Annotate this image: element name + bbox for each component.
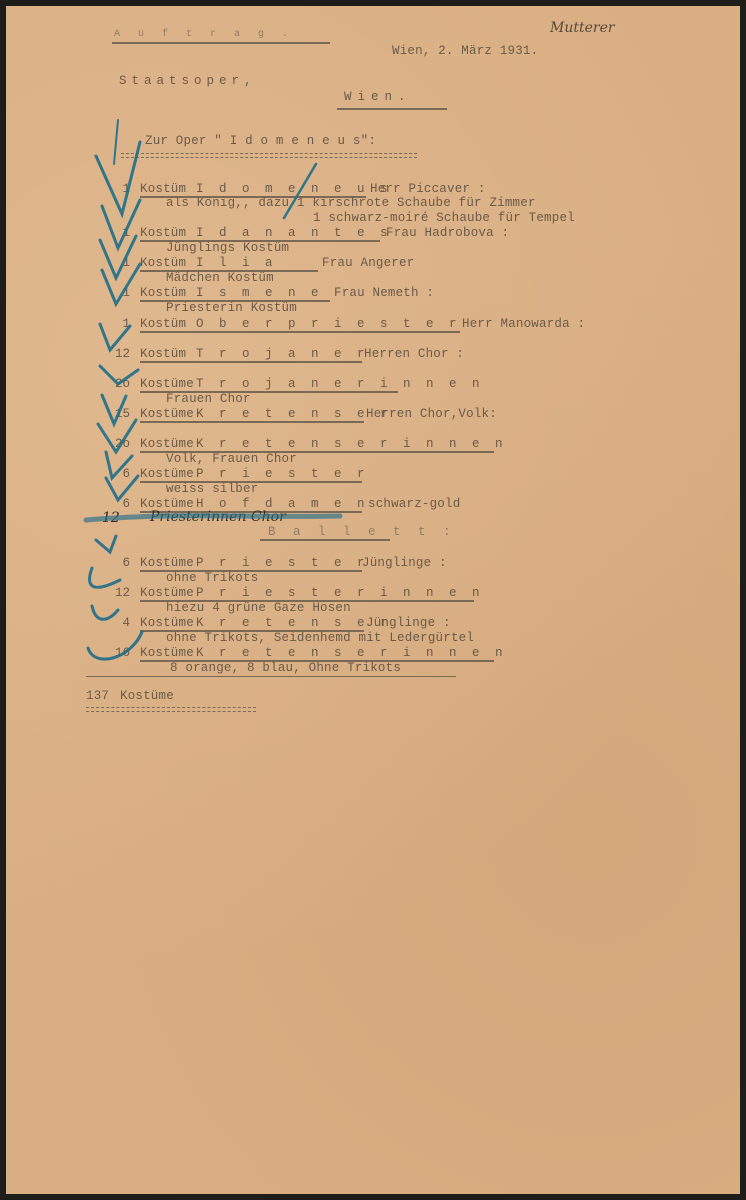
item-note: Mädchen Kostüm	[166, 271, 274, 285]
item-desc: Frau Angerer	[322, 256, 414, 270]
item-desc: Herr Piccaver :	[370, 182, 486, 196]
item-note: ohne Trikots, Seidenhemd mit Ledergürtel	[166, 631, 474, 645]
item-role: K r e t e n s e r	[196, 407, 392, 421]
qty: 6	[106, 556, 130, 570]
header-underline	[112, 42, 330, 44]
item-note: Priesterin Kostüm	[166, 301, 297, 315]
item-underline	[140, 421, 364, 423]
item-note: als König,, dazu 1 kirschrote Schaube fü…	[166, 196, 536, 210]
total-qty: 137	[86, 689, 109, 703]
item-note: ohne Trikots	[166, 571, 258, 585]
recipient-underline	[337, 108, 447, 110]
item-desc: Herr Manowarda :	[462, 317, 585, 331]
item-underline	[140, 361, 362, 363]
item-desc: Frau Nemeth :	[334, 286, 434, 300]
item-label: Kostüm	[140, 182, 186, 196]
item-role: P r i e s t e r	[196, 467, 369, 481]
recipient-line2: Wien.	[344, 90, 412, 104]
item-desc: schwarz-gold	[368, 497, 460, 511]
qty: 1	[106, 317, 130, 331]
qty: 12	[106, 586, 130, 600]
item-note: Frauen Chor	[166, 392, 251, 406]
item-role: I s m e n e	[196, 286, 323, 300]
item-role: I d a n a n t e s	[196, 226, 392, 240]
item-label: Kostüm	[140, 256, 186, 270]
qty: 2o	[106, 377, 130, 391]
item-label: Kostüm	[140, 286, 186, 300]
item-role: P r i e s t e r	[196, 556, 369, 570]
qty: 15	[106, 407, 130, 421]
item-label: Kostüm	[140, 317, 186, 331]
handwritten-insert: Priesterinnen Chor	[150, 509, 286, 525]
item-desc: Herren Chor :	[364, 347, 464, 361]
total-label: Kostüme	[120, 689, 174, 703]
qty: 2o	[106, 437, 130, 451]
qty: 6	[106, 467, 130, 481]
item-label: Kostüme	[140, 646, 194, 660]
item-label: Kostüm	[140, 347, 186, 361]
item-underline	[140, 331, 460, 333]
item-note: 8 orange, 8 blau, Ohne Trikots	[170, 661, 401, 675]
item-role: K r e t e n s e r i n n e n	[196, 646, 507, 660]
qty: 1	[106, 286, 130, 300]
item-desc: Herren Chor,Volk:	[366, 407, 497, 421]
qty: 1	[106, 256, 130, 270]
item-label: Kostüme	[140, 407, 194, 421]
item-label: Kostüme	[140, 437, 194, 451]
item-label: Kostüme	[140, 377, 194, 391]
subject-underline	[121, 153, 417, 158]
qty: 16	[106, 646, 130, 660]
item-label: Kostüme	[140, 467, 194, 481]
item-role: K r e t e n s e r	[196, 616, 392, 630]
document-page: A u f t r a g . Mutterer Wien, 2. März 1…	[6, 6, 740, 1194]
item-desc: Frau Hadrobova :	[386, 226, 509, 240]
item-label: Kostüme	[140, 556, 194, 570]
divider	[86, 676, 456, 677]
handwritten-qty: 12	[102, 510, 120, 526]
item-note: Jünglings Kostüm	[166, 241, 289, 255]
ballet-heading: B a l l e t t :	[268, 525, 456, 539]
item-role: P r i e s t e r i n n e n	[196, 586, 484, 600]
item-note: 1 schwarz-moiré Schaube für Tempel	[313, 211, 575, 225]
item-role: O b e r p r i e s t e r	[196, 317, 461, 331]
item-note: hiezu 4 grüne Gaze Hosen	[166, 601, 351, 615]
ballet-underline	[260, 539, 390, 541]
subject: Zur Oper " I d o m e n e u s":	[145, 134, 376, 148]
total-underline	[86, 707, 256, 712]
qty: 4	[106, 616, 130, 630]
item-role: I d o m e n e u s	[196, 182, 392, 196]
item-desc: Jünglinge :	[366, 616, 451, 630]
item-desc: Jünglinge :	[362, 556, 447, 570]
item-note: weiss silber	[166, 482, 258, 496]
recipient-line1: Staatsoper,	[119, 74, 257, 88]
date: Wien, 2. März 1931.	[392, 44, 538, 58]
qty: 1	[106, 226, 130, 240]
header-faded: A u f t r a g .	[114, 28, 294, 42]
qty: 6	[106, 497, 130, 511]
qty: 12	[106, 347, 130, 361]
item-role: I l i a	[196, 256, 277, 270]
item-label: Kostüm	[140, 226, 186, 240]
item-role: T r o j a n e r i n n e n	[196, 377, 484, 391]
item-label: Kostüme	[140, 586, 194, 600]
signature: Mutterer	[550, 20, 615, 36]
item-note: Volk, Frauen Chor	[166, 452, 297, 466]
item-label: Kostüme	[140, 616, 194, 630]
qty: 1	[106, 182, 130, 196]
item-role: K r e t e n s e r i n n e n	[196, 437, 507, 451]
item-role: T r o j a n e r	[196, 347, 369, 361]
